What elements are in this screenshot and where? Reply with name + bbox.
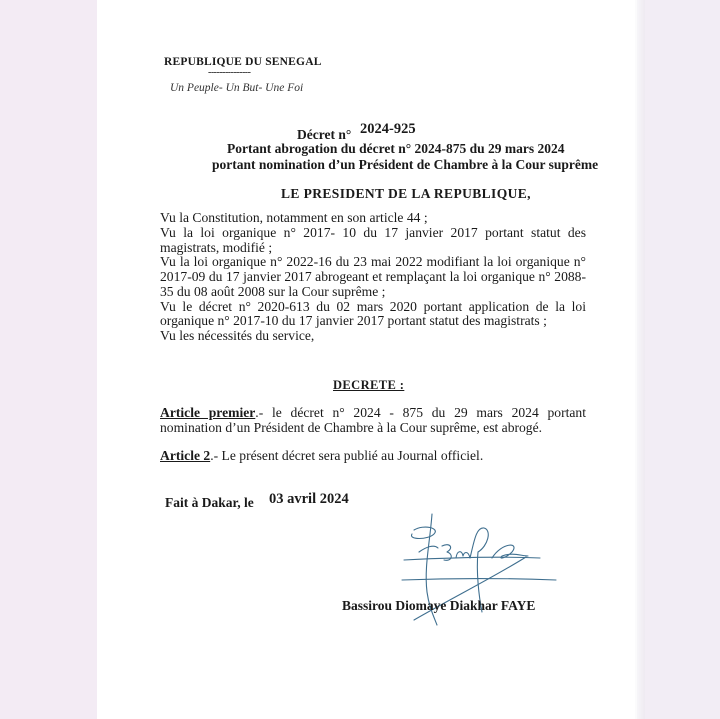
background-right — [645, 0, 720, 719]
article-2: Article 2.- Le présent décret sera publi… — [160, 448, 586, 463]
visas-section: Vu la Constitution, notamment en son art… — [160, 211, 586, 344]
visa-item: Vu le décret n° 2020-613 du 02 mars 2020… — [160, 300, 586, 330]
article-separator: .- — [255, 405, 272, 420]
header-separator: --------------- — [208, 68, 250, 78]
article-separator: .- — [210, 448, 221, 463]
decree-title-line-2: portant nomination d’un Président de Cha… — [212, 157, 598, 173]
decree-title-line-1: Portant abrogation du décret n° 2024-875… — [227, 141, 565, 157]
visa-item: Vu la loi organique n° 2022-16 du 23 mai… — [160, 255, 586, 299]
visa-item: Vu la Constitution, notamment en son art… — [160, 211, 586, 226]
article-label: Article 2 — [160, 448, 210, 463]
national-motto: Un Peuple- Un But- Une Foi — [170, 82, 303, 94]
closing-date: 03 avril 2024 — [269, 491, 349, 508]
visa-item: Vu la loi organique n° 2017- 10 du 17 ja… — [160, 226, 586, 256]
background-left — [0, 0, 97, 719]
signatory-name: Bassirou Diomaye Diakhar FAYE — [342, 598, 535, 614]
article-label: Article premier — [160, 405, 255, 420]
decrete-heading: DECRETE : — [333, 378, 404, 393]
document-page: REPUBLIQUE DU SENEGAL --------------- Un… — [97, 0, 637, 719]
paper-edge — [637, 0, 645, 719]
authority-heading: LE PRESIDENT DE LA REPUBLIQUE, — [281, 186, 531, 202]
closing-place: Fait à Dakar, le — [165, 495, 254, 511]
decree-number: 2024-925 — [360, 121, 416, 138]
article-text: Le présent décret sera publié au Journal… — [222, 448, 484, 463]
visa-item: Vu les nécessités du service, — [160, 329, 586, 344]
article-1: Article premier.- le décret n° 2024 - 87… — [160, 405, 586, 435]
